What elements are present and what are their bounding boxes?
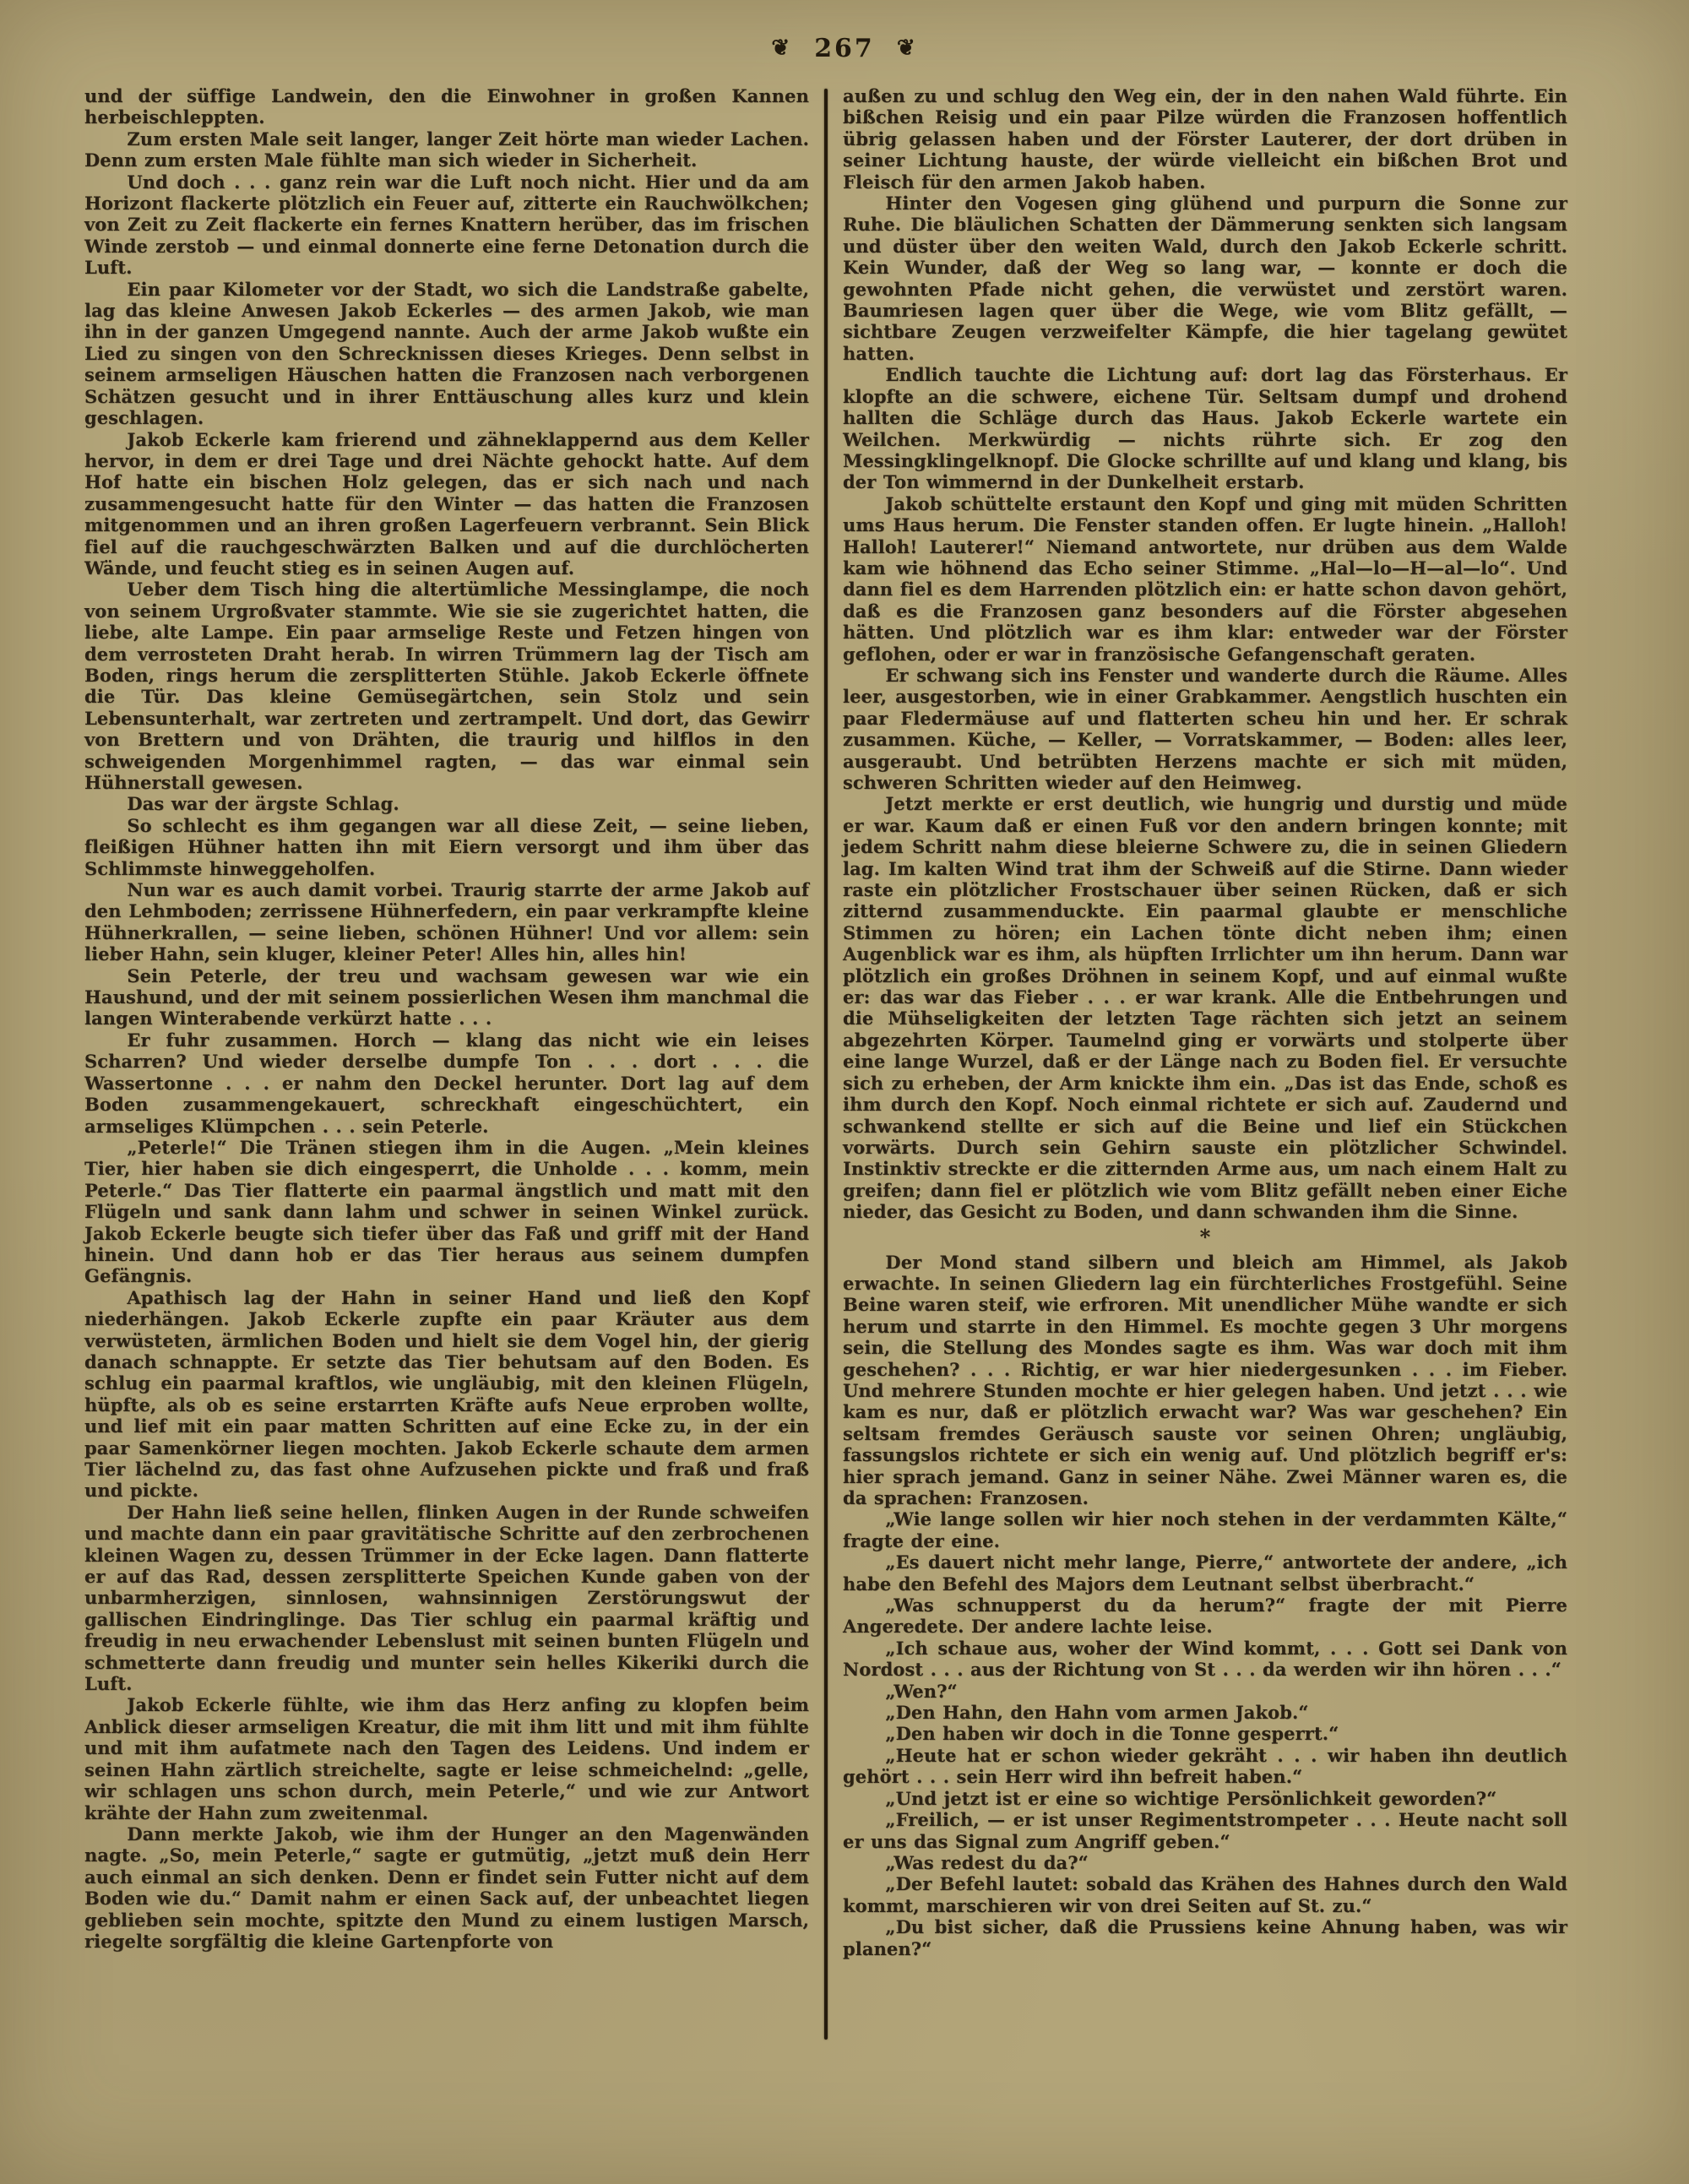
paragraph: „Den haben wir doch in die Tonne gesperr… — [843, 1723, 1567, 1744]
paragraph: Jakob schüttelte erstaunt den Kopf und g… — [843, 493, 1567, 665]
paragraph: „Wen?“ — [843, 1681, 1567, 1702]
fleuron-left-icon: ❦ — [749, 35, 814, 61]
paragraph: So schlecht es ihm gegangen war all dies… — [84, 815, 809, 879]
left-column: und der süffige Landwein, den die Einwoh… — [84, 85, 809, 1952]
paragraph: Nun war es auch damit vorbei. Traurig st… — [84, 879, 809, 965]
fleuron-right-icon: ❦ — [875, 35, 940, 61]
paragraph: „Peterle!“ Die Tränen stiegen ihm in die… — [84, 1137, 809, 1287]
paragraph: „Was schnupperst du da herum?“ fragte de… — [843, 1595, 1567, 1638]
paragraph: „Der Befehl lautet: sobald das Krähen de… — [843, 1873, 1567, 1916]
paragraph: Dann merkte Jakob, wie ihm der Hunger an… — [84, 1823, 809, 1952]
paragraph: Er schwang sich ins Fenster und wanderte… — [843, 665, 1567, 793]
paragraph: „Ich schaue aus, woher der Wind kommt, .… — [843, 1638, 1567, 1681]
paragraph: Apathisch lag der Hahn in seiner Hand un… — [84, 1287, 809, 1502]
paragraph: Das war der ärgste Schlag. — [84, 793, 809, 814]
paragraph: Und doch . . . ganz rein war die Luft no… — [84, 171, 809, 279]
paragraph: außen zu und schlug den Weg ein, der in … — [843, 85, 1567, 193]
paragraph: Jakob Eckerle fühlte, wie ihm das Herz a… — [84, 1694, 809, 1823]
paragraph: Jakob Eckerle kam frierend und zähneklap… — [84, 429, 809, 579]
section-break-star: * — [843, 1223, 1567, 1252]
paragraph: „Es dauert nicht mehr lange, Pierre,“ an… — [843, 1551, 1567, 1595]
paragraph: „Was redest du da?“ — [843, 1852, 1567, 1873]
paragraph: Sein Peterle, der treu und wachsam gewes… — [84, 965, 809, 1030]
page-header: ❦267❦ — [0, 0, 1689, 63]
paragraph: Der Hahn ließ seine hellen, flinken Auge… — [84, 1502, 809, 1695]
paragraph: „Wie lange sollen wir hier noch stehen i… — [843, 1508, 1567, 1551]
paragraph: Ein paar Kilometer vor der Stadt, wo sic… — [84, 279, 809, 429]
paragraph: Hinter den Vogesen ging glühend und purp… — [843, 193, 1567, 364]
paragraph: Er fuhr zusammen. Horch — klang das nich… — [84, 1030, 809, 1137]
paragraph: „Und jetzt ist er eine so wichtige Persö… — [843, 1788, 1567, 1809]
page-number: 267 — [814, 34, 875, 63]
text-columns: und der süffige Landwein, den die Einwoh… — [0, 63, 1689, 2040]
scanned-book-page: ❦267❦ und der süffige Landwein, den die … — [0, 0, 1689, 2184]
paragraph: und der süffige Landwein, den die Einwoh… — [84, 85, 809, 128]
paragraph: „Freilich, — er ist unser Regimentstromp… — [843, 1809, 1567, 1852]
paragraph: Endlich tauchte die Lichtung auf: dort l… — [843, 364, 1567, 492]
column-divider-rule — [824, 89, 828, 2040]
paragraph: „Den Hahn, den Hahn vom armen Jakob.“ — [843, 1702, 1567, 1723]
paragraph: „Du bist sicher, daß die Prussiens keine… — [843, 1916, 1567, 1959]
paragraph: Jetzt merkte er erst deutlich, wie hungr… — [843, 793, 1567, 1222]
paragraph: Ueber dem Tisch hing die altertümliche M… — [84, 579, 809, 793]
right-column: außen zu und schlug den Weg ein, der in … — [843, 85, 1567, 1959]
paragraph: „Heute hat er schon wieder gekräht . . .… — [843, 1745, 1567, 1788]
paragraph: Der Mond stand silbern und bleich am Him… — [843, 1252, 1567, 1509]
paragraph: Zum ersten Male seit langer, langer Zeit… — [84, 128, 809, 171]
